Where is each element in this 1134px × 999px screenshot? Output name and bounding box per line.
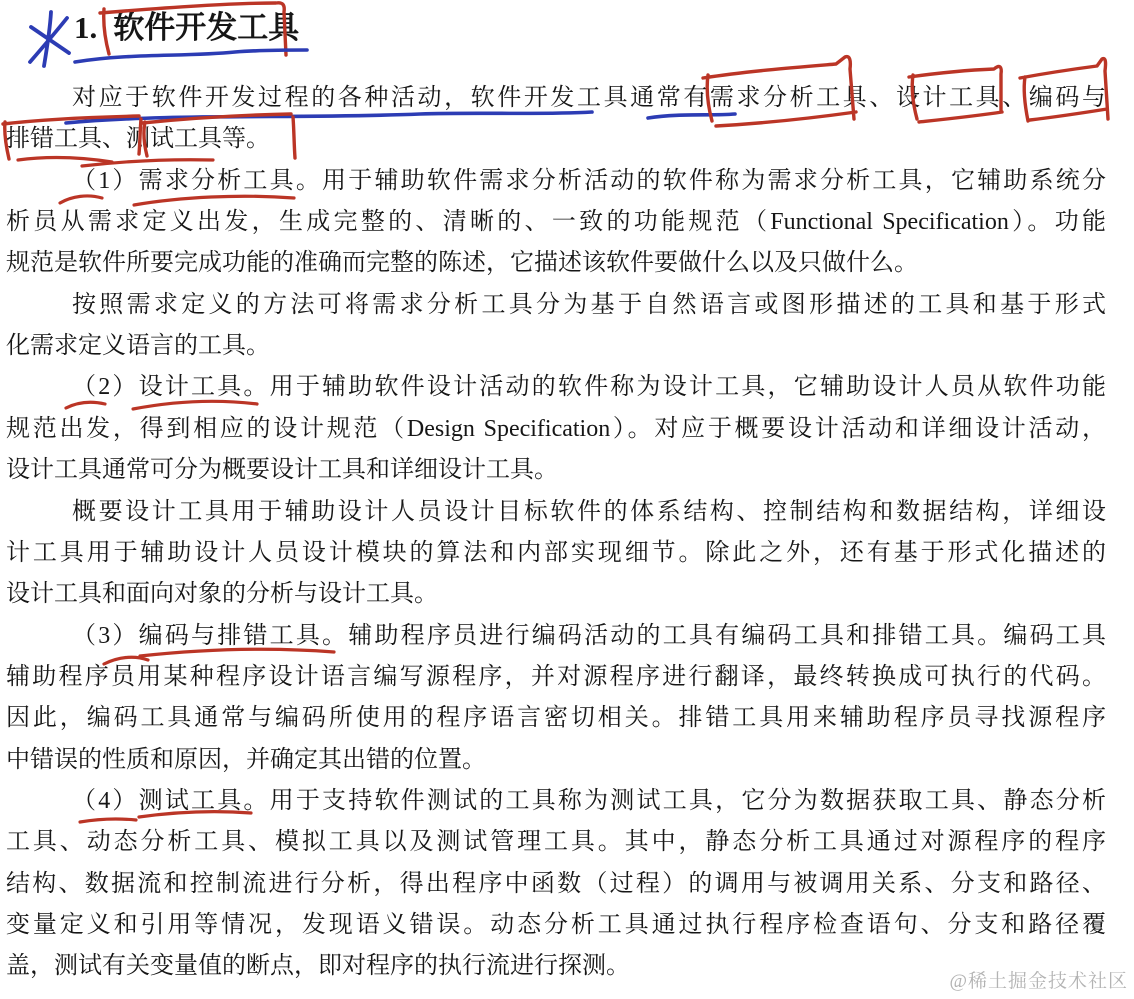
text-line: 因此，编码工具通常与编码所使用的程序语言密切相关。排错工具用来辅助程序员寻找源程…	[6, 699, 1106, 737]
text-line: 规范是软件所要完成功能的准确而完整的陈述，它描述该软件要做什么以及只做什么。	[6, 244, 1106, 282]
text-line: 化需求定义语言的工具。	[6, 327, 1106, 365]
text-line: （4）测试工具。用于支持软件测试的工具称为测试工具，它分为数据获取工具、静态分析	[72, 782, 1106, 820]
title-underline	[75, 50, 307, 62]
text-line: 变量定义和引用等情况，发现语义错误。动态分析工具通过执行程序检查语句、分支和路径…	[6, 906, 1106, 944]
text-line: 设计工具和面向对象的分析与设计工具。	[6, 575, 1106, 613]
text-line: （3）编码与排错工具。辅助程序员进行编码活动的工具有编码工具和排错工具。编码工具	[72, 617, 1106, 655]
text-line: 对应于软件开发过程的各种活动，软件开发工具通常有需求分析工具、设计工具、编码与	[72, 79, 1106, 117]
text-line: 盖，测试有关变量值的断点，即对程序的执行流进行探测。	[6, 947, 1106, 985]
title-text: 软件开发工具	[113, 10, 299, 45]
text-line: 排错工具、测试工具等。	[6, 120, 1106, 158]
text-line: 计工具用于辅助设计人员设计模块的算法和内部实现细节。除此之外，还有基于形式化描述…	[6, 534, 1106, 572]
watermark: @稀土掘金技术社区	[950, 966, 1129, 993]
text-line: 结构、数据流和控制流进行分析，得出程序中函数（过程）的调用与被调用关系、分支和路…	[6, 865, 1106, 903]
document-page: 1.软件开发工具 对应于软件开发过程的各种活动，软件开发工具通常有需求分析工具、…	[0, 0, 1134, 999]
text-line: （1）需求分析工具。用于辅助软件需求分析活动的软件称为需求分析工具，它辅助系统分	[72, 162, 1106, 200]
text-line: 按照需求定义的方法可将需求分析工具分为基于自然语言或图形描述的工具和基于形式	[72, 286, 1106, 324]
text-line: 析员从需求定义出发，生成完整的、清晰的、一致的功能规范（Functional S…	[6, 203, 1106, 241]
text-line: （2）设计工具。用于辅助软件设计活动的软件称为设计工具，它辅助设计人员从软件功能	[72, 368, 1106, 406]
title-number: 1.	[74, 10, 97, 45]
text-line: 辅助程序员用某种程序设计语言编写源程序，并对源程序进行翻译，最终转换成可执行的代…	[6, 658, 1106, 696]
text-line: 工具、动态分析工具、模拟工具以及测试管理工具。其中，静态分析工具通过对源程序的程…	[6, 823, 1106, 861]
text-line: 规范出发，得到相应的设计规范（Design Specification）。对应于…	[6, 410, 1106, 448]
star-mark-icon	[30, 12, 69, 66]
text-line: 中错误的性质和原因，并确定其出错的位置。	[6, 741, 1106, 779]
text-line: 设计工具通常可分为概要设计工具和详细设计工具。	[6, 451, 1106, 489]
page-title: 1.软件开发工具	[74, 8, 299, 48]
text-line: 概要设计工具用于辅助设计人员设计目标软件的体系结构、控制结构和数据结构，详细设	[72, 493, 1106, 531]
